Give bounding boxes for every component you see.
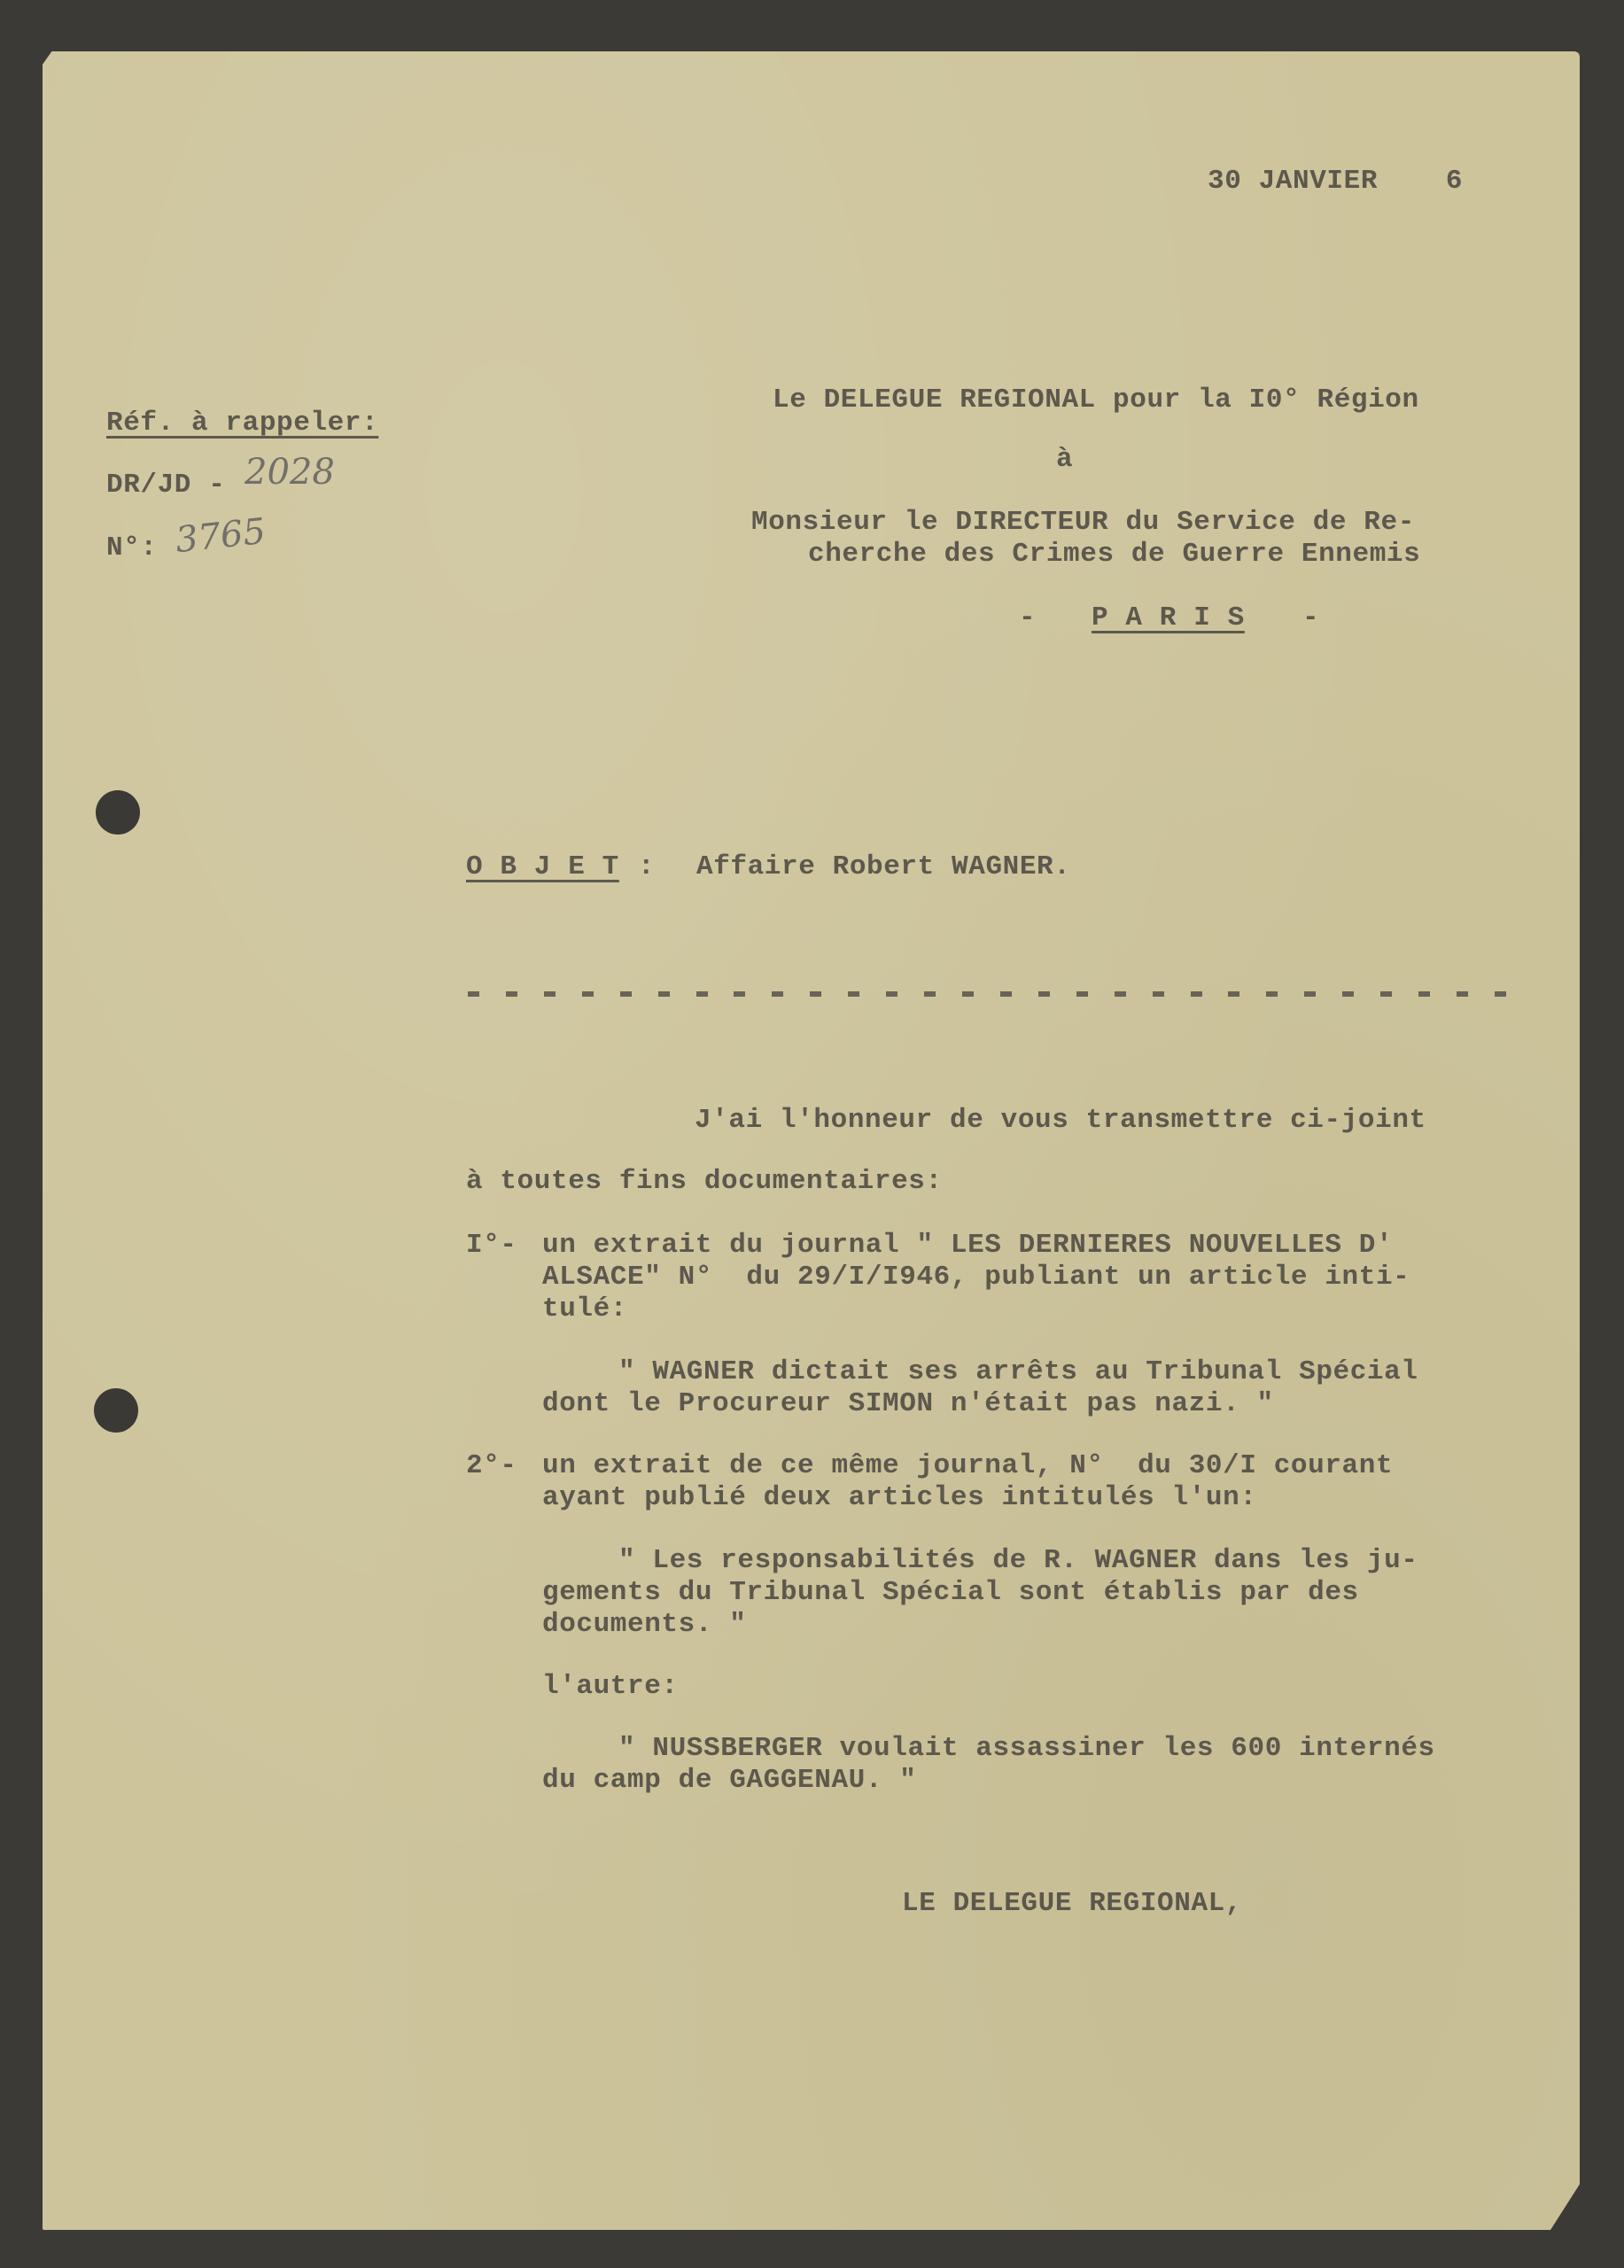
signature: LE DELEGUE REGIONAL, — [902, 1888, 1242, 1920]
dash — [1380, 991, 1392, 997]
dash — [962, 991, 974, 997]
dash — [1342, 991, 1354, 997]
dash — [924, 991, 936, 997]
dash — [620, 991, 632, 997]
recipient-city-dash-right: - — [1302, 602, 1319, 634]
dashed-separator — [468, 991, 1506, 997]
dash — [772, 991, 783, 997]
item-2-marker: 2°- — [466, 1450, 517, 1482]
item-2-quote-line-1: " Les responsabilités de R. WAGNER dans … — [618, 1545, 1418, 1577]
dash — [1115, 991, 1126, 997]
dash — [696, 991, 708, 997]
item-1-quote-line-2: dont le Procureur SIMON n'était pas nazi… — [542, 1388, 1274, 1420]
dash — [1495, 991, 1506, 997]
dash — [1418, 991, 1430, 997]
item-1-line-2: ALSACE" N° du 29/I/I946, publiant un art… — [542, 1262, 1410, 1293]
dash — [810, 991, 821, 997]
punch-hole-bottom — [94, 1388, 138, 1433]
item-1-marker: I°- — [466, 1230, 517, 1262]
item-2-other-quote-line-1: " NUSSBERGER voulait assassiner les 600 … — [618, 1733, 1435, 1765]
item-2-line-2: ayant publié deux articles intitulés l'u… — [542, 1482, 1257, 1514]
dash — [544, 991, 556, 997]
item-2-line-1: un extrait de ce même journal, N° du 30/… — [542, 1450, 1393, 1482]
dash — [468, 991, 479, 997]
item-2-other-quote-line-2: du camp de GAGGENAU. " — [542, 1765, 916, 1797]
dash — [886, 991, 897, 997]
recipient-city: P A R I S — [1092, 602, 1245, 634]
item-1-line-3: tulé: — [542, 1293, 627, 1325]
recipient-city-dash-left: - — [1019, 602, 1036, 634]
punch-hole-top — [96, 790, 140, 835]
item-2-other-label: l'autre: — [542, 1671, 679, 1703]
recipient-line-2: cherche des Crimes de Guerre Ennemis — [808, 539, 1420, 571]
recipient-line-1: Monsieur le DIRECTEUR du Service de Re- — [751, 507, 1415, 539]
dash — [848, 991, 859, 997]
reference-number-prefix: N°: — [106, 532, 158, 564]
dash — [1304, 991, 1316, 997]
date-line: 30 JANVIER 6 — [1208, 166, 1463, 198]
subject-text: Affaire Robert WAGNER. — [696, 851, 1070, 883]
dash — [658, 991, 670, 997]
dash — [1153, 991, 1164, 997]
reference-label: Réf. à rappeler: — [106, 408, 378, 439]
subject-label: O B J E T — [466, 851, 619, 883]
dash — [1000, 991, 1012, 997]
item-1-line-1: un extrait du journal " LES DERNIERES NO… — [542, 1230, 1393, 1262]
item-1-quote-line-1: " WAGNER dictait ses arrêts au Tribunal … — [618, 1356, 1418, 1388]
subject-colon: : — [638, 851, 655, 883]
item-2-quote-line-2: gements du Tribunal Spécial sont établis… — [542, 1577, 1359, 1609]
dash — [1038, 991, 1050, 997]
dash — [734, 991, 745, 997]
dash — [1076, 991, 1088, 997]
dash — [1228, 991, 1239, 997]
letter-page — [43, 51, 1580, 2230]
dash — [1191, 991, 1202, 997]
to-word: à — [1056, 444, 1073, 476]
body-intro-line-1: J'ai l'honneur de vous transmettre ci-jo… — [695, 1105, 1426, 1137]
dash — [506, 991, 517, 997]
sender-line: Le DELEGUE REGIONAL pour la I0° Région — [773, 384, 1419, 416]
reference-dr-jd-prefix: DR/JD - — [106, 470, 225, 501]
dash — [582, 991, 594, 997]
dash — [1266, 991, 1278, 997]
body-intro-line-2: à toutes fins documentaires: — [466, 1166, 943, 1198]
reference-dr-jd-handwritten: 2028 — [245, 452, 335, 493]
item-2-quote-line-3: documents. " — [542, 1609, 746, 1641]
dash — [1457, 991, 1468, 997]
